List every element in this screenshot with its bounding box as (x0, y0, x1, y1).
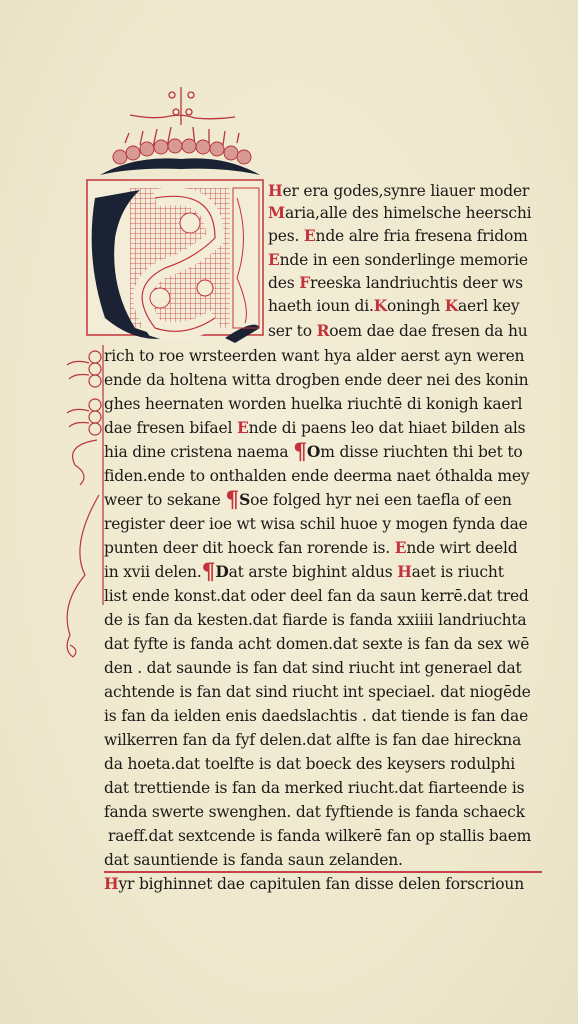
text-line: ghes heernaten worden huelka riuchtē di … (104, 393, 522, 415)
text-line: hia dine cristena naema ¶Om disse riucht… (104, 441, 523, 463)
text-line: weer to sekane ¶Soe folged hyr nei een t… (104, 489, 512, 511)
text-line: punten deer dit hoeck fan rorende is. En… (104, 537, 518, 559)
text-line: ende da holtena witta drogben ende deer … (104, 369, 528, 391)
text-line: des Freeska landriuchtis deer ws (268, 272, 523, 294)
text-line: dat fyfte is fanda acht domen.dat sexte … (104, 633, 529, 655)
text-line: pes. Ende alre fria fresena fridom (268, 225, 528, 247)
text-line: de is fan da kesten.dat fiarde is fanda … (104, 609, 526, 631)
text-line: Maria,alle des himelsche heerschi (268, 202, 531, 224)
text-line: register deer ioe wt wisa schil huoe y m… (104, 513, 528, 535)
text-line: fiden.ende to onthalden ende deerma naet… (104, 465, 529, 487)
text-line: Ende in een sonderlinge memorie (268, 249, 528, 271)
text-line: rich to roe wrsteerden want hya alder ae… (104, 345, 524, 367)
text-line: achtende is fan dat sind riucht int spec… (104, 681, 531, 703)
text-line: da hoeta.dat toelfte is dat boeck des ke… (104, 753, 515, 775)
text-line: dat sauntiende is fanda saun zelanden. (104, 849, 403, 871)
text-line: list ende konst.dat oder deel fan da sau… (104, 585, 529, 607)
heading-line: Hyr bighinnet dae capitulen fan disse de… (104, 873, 524, 895)
text-line: dae fresen bifael Ende di paens leo dat … (104, 417, 525, 439)
text-line: is fan da ielden enis daedslachtis . dat… (104, 705, 528, 727)
text-line: fanda swerte swenghen. dat fyftiende is … (104, 801, 525, 823)
margin-flourish (55, 345, 105, 675)
pilcrow-mark: ¶ (225, 487, 239, 513)
text-line: ser to Roem dae dae fresen da hu (268, 320, 528, 342)
pilcrow-mark: ¶ (202, 559, 216, 585)
text-line: den . dat saunde is fan dat sind riucht … (104, 657, 522, 679)
rubric-underline (104, 871, 542, 873)
text-line: in xvii delen.¶Dat arste bighint aldus H… (104, 561, 504, 583)
text-line: haeth ioun di.Koningh Kaerl key (268, 295, 519, 317)
text-line: raeff.dat sextcende is fanda wilkerē fan… (108, 825, 531, 847)
text-line: Her era godes,synre liauer moder (268, 180, 529, 202)
text-line: wilkerren fan da fyf delen.dat alfte is … (104, 729, 521, 751)
illuminated-initial-s (85, 178, 265, 348)
crown-ornament (95, 85, 265, 180)
pilcrow-mark: ¶ (293, 439, 307, 465)
text-line: dat trettiende is fan da merked riucht.d… (104, 777, 524, 799)
